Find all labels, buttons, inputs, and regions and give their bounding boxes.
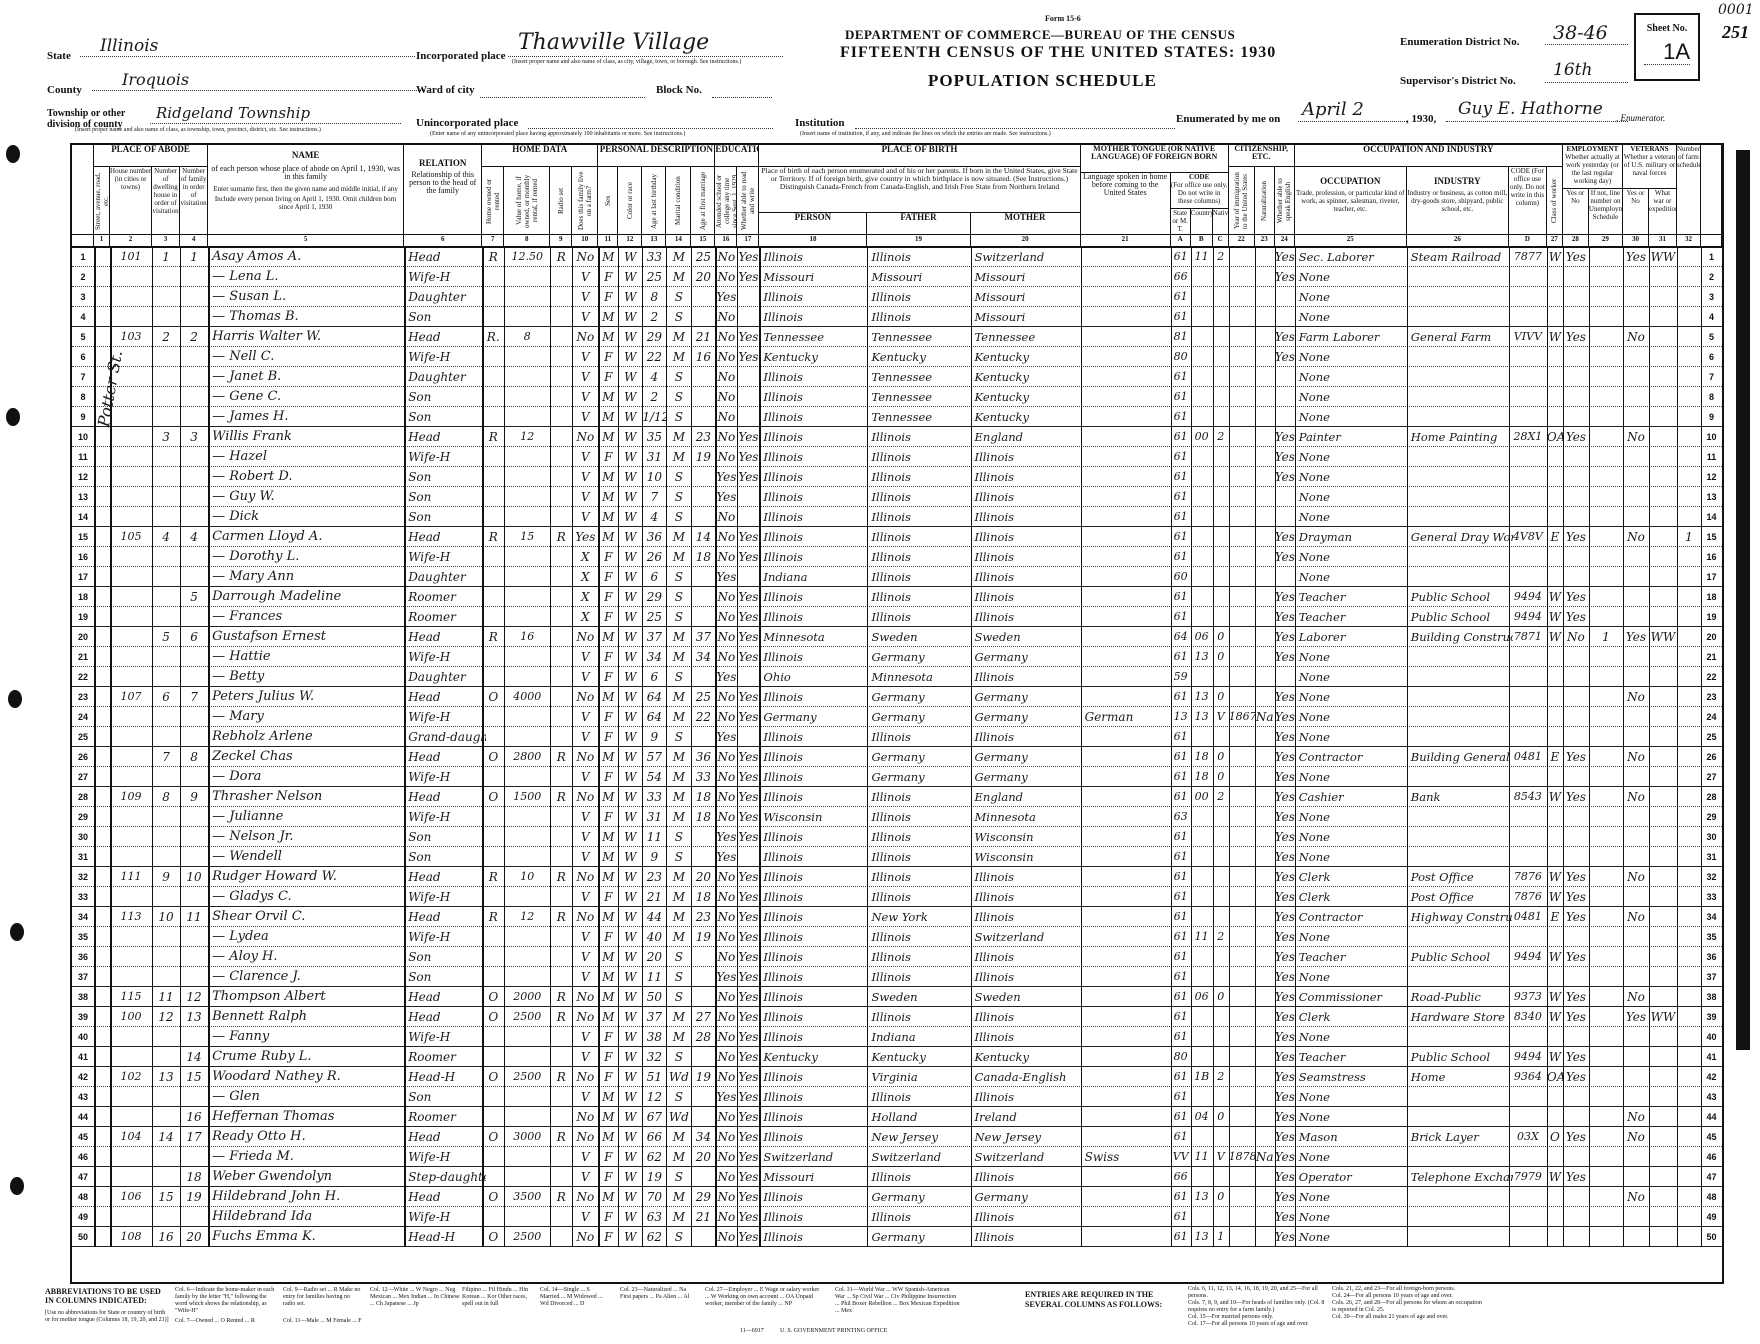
table-row: 1616— Dorothy L.Wife-HXFW26M18NoYesIllin… [72, 547, 1722, 567]
cell-father: Minnesota [867, 667, 974, 687]
cell-occupation: None [1295, 507, 1411, 527]
cell-family: 8 [180, 747, 208, 767]
cell-class: W [1547, 987, 1563, 1007]
cell-read: Yes [737, 707, 759, 727]
punch-hole [6, 145, 20, 163]
cell-father: Germany [867, 647, 974, 667]
cell-father: Holland [867, 1107, 974, 1127]
ward-label: Ward of city [416, 84, 475, 96]
cell-english: Yes [1275, 827, 1295, 847]
cell-english: Yes [1275, 347, 1295, 367]
cell-family: 4 [180, 527, 208, 547]
county-field[interactable]: Iroquois [92, 70, 425, 91]
cell-occupation: None [1295, 487, 1411, 507]
cell-father: Tennessee [867, 367, 974, 387]
township-field[interactable]: Ridgeland Township [150, 104, 401, 124]
incorporated-field[interactable]: Thawville Village [508, 30, 783, 57]
cell-age-marriage: 34 [691, 1127, 715, 1147]
table-row: 4646— Frieda M.Wife-HVFW62M20NoYesSwitze… [72, 1147, 1722, 1167]
ward-field[interactable] [480, 83, 645, 98]
cell-code-a: 61 [1171, 307, 1191, 327]
cell-age: 54 [642, 767, 666, 787]
cell-code-c: 0 [1213, 987, 1229, 1007]
cell-age: 25 [642, 607, 666, 627]
cell-mother: Illinois [971, 967, 1085, 987]
abbrev-col7: Col. 7—Owned ... O Rented ... R [175, 1318, 275, 1325]
cell-code-c: V [1213, 707, 1229, 727]
cell-marital: S [666, 1227, 691, 1247]
cell-code-a: 80 [1171, 347, 1191, 367]
cell-code-c: 0 [1213, 687, 1229, 707]
cell-work: Yes [1563, 527, 1589, 547]
cell-school: No [715, 547, 737, 567]
cell-birth: Illinois [759, 727, 871, 747]
cell-sex: F [598, 807, 618, 827]
stamp-top: 0001 [1718, 2, 1754, 18]
enumeration-date[interactable]: April 2 [1298, 99, 1407, 122]
cell-house: 107 [110, 687, 152, 707]
cell-birth: Illinois [759, 1207, 871, 1227]
cell-code-b: 11 [1191, 927, 1213, 947]
col-farm-schedule: Number of farm schedule [1677, 145, 1701, 235]
enumerator-name[interactable]: Guy E. Hathorne [1446, 99, 1628, 122]
cell-school: No [715, 527, 737, 547]
col-birth-mother: MOTHER [971, 213, 1081, 235]
cell-class: O [1547, 1127, 1563, 1147]
cell-english: Yes [1275, 1007, 1295, 1027]
cell-owned: R. [482, 327, 504, 347]
table-row: 202056Gustafson ErnestHeadR16NoMW37M37No… [72, 627, 1722, 647]
cell-ind-code: 9494 [1509, 1047, 1547, 1067]
col-industry: INDUSTRYIndustry or business, as cotton … [1407, 167, 1509, 235]
cell-birth: Missouri [759, 1167, 871, 1187]
line-number: 7 [72, 367, 94, 387]
cell-code-a: 61 [1171, 767, 1191, 787]
cell-code-a: 61 [1171, 1207, 1191, 1227]
table-row: 44— Thomas B.SonVMW2SNoIllinoisIllinoisM… [72, 307, 1722, 327]
column-rule [1081, 247, 1083, 1247]
line-number: 19 [1701, 607, 1722, 627]
line-number: 32 [72, 867, 94, 887]
cell-marital: S [666, 967, 691, 987]
cell-relation: Daughter [404, 567, 486, 587]
cell-code-b: 11 [1191, 1147, 1213, 1167]
cell-father: Tennessee [867, 387, 974, 407]
table-row: 1212— Robert D.SonVMW10SYesYesIllinoisIl… [72, 467, 1722, 487]
cell-age-marriage: 33 [691, 767, 715, 787]
cell-mother: Missouri [971, 287, 1085, 307]
cell-birth: Illinois [759, 907, 871, 927]
cell-class: W [1547, 947, 1563, 967]
table-row: 22— Lena L.Wife-HVFW25M20NoYesMissouriMi… [72, 267, 1722, 287]
cell-english: Yes [1275, 247, 1295, 267]
table-row: 2525Rebholz ArleneGrand-daughterVFW9SYes… [72, 727, 1722, 747]
cell-owned: O [482, 1187, 504, 1207]
cell-sex: M [598, 1087, 618, 1107]
cell-natur: Na [1255, 1147, 1275, 1167]
state-label: State [47, 50, 71, 62]
cell-name: Hildebrand John H. [208, 1187, 408, 1207]
line-number: 24 [72, 707, 94, 727]
line-number: 44 [72, 1107, 94, 1127]
line-number: 36 [1701, 947, 1722, 967]
cell-father: Illinois [867, 1167, 974, 1187]
col-radio: Radio set [550, 167, 572, 235]
cell-relation: Wife-H [404, 927, 486, 947]
cell-age: 7 [642, 487, 666, 507]
line-number: 32 [1701, 867, 1722, 887]
cell-name: — Dorothy L. [208, 547, 408, 567]
cell-relation: Head [404, 627, 486, 647]
cell-english: Yes [1275, 867, 1295, 887]
entries-8: Col. 30—For all males 21 years of age an… [1332, 1314, 1482, 1321]
cell-marital: M [666, 247, 691, 267]
cell-code-c: 2 [1213, 247, 1229, 267]
cell-birth: Illinois [759, 307, 871, 327]
line-number: 35 [72, 927, 94, 947]
cell-race: W [618, 247, 642, 267]
cell-vet: No [1623, 327, 1649, 347]
cell-sex: F [598, 367, 618, 387]
line-number: 15 [72, 527, 94, 547]
cell-mother: Switzerland [971, 927, 1085, 947]
cell-house: 115 [110, 987, 152, 1007]
cell-age-marriage: 25 [691, 687, 715, 707]
cell-race: W [618, 747, 642, 767]
cell-english: Yes [1275, 747, 1295, 767]
cell-sex: F [598, 767, 618, 787]
group-citizenship: CITIZENSHIP, ETC. [1229, 145, 1295, 167]
cell-code-b: 04 [1191, 1107, 1213, 1127]
cell-english: Yes [1275, 967, 1295, 987]
cell-name: Zeckel Chas [208, 747, 408, 767]
cell-father: Tennessee [867, 407, 974, 427]
col-line-number [72, 145, 94, 235]
cell-code-c: 0 [1213, 747, 1229, 767]
cell-father: Illinois [867, 1007, 974, 1027]
cell-birth: Illinois [759, 927, 871, 947]
cell-birth: Illinois [759, 647, 871, 667]
cell-mother: Ireland [971, 1107, 1085, 1127]
cell-value: 2500 [504, 1007, 550, 1027]
cell-ind-code: 9373 [1509, 987, 1547, 1007]
cell-owned: O [482, 787, 504, 807]
cell-name: — Frances [208, 607, 408, 627]
cell-ind-code: 9364 [1509, 1067, 1547, 1087]
line-number: 20 [1701, 627, 1722, 647]
cell-school: No [715, 1047, 737, 1067]
cell-work: Yes [1563, 787, 1589, 807]
cell-read: Yes [737, 927, 759, 947]
cell-school: No [715, 327, 737, 347]
state-field[interactable]: Illinois [80, 36, 415, 57]
column-rule [1649, 247, 1650, 1247]
cell-farm: V [572, 267, 598, 287]
cell-relation: Wife-H [404, 1147, 486, 1167]
cell-mother: Germany [971, 707, 1085, 727]
cell-occupation: Teacher [1295, 607, 1411, 627]
cell-age: 36 [642, 527, 666, 547]
cell-marital: M [666, 907, 691, 927]
column-rule [867, 247, 868, 1247]
cell-mother: Kentucky [971, 407, 1085, 427]
cell-occupation: Contractor [1295, 747, 1411, 767]
cell-code-b: 00 [1191, 427, 1213, 447]
cell-sex: M [598, 527, 618, 547]
cell-code-a: 61 [1171, 1127, 1191, 1147]
cell-house: 103 [110, 327, 152, 347]
line-number: 38 [72, 987, 94, 1007]
line-number: 2 [72, 267, 94, 287]
cell-father: Illinois [867, 1087, 974, 1107]
cell-occupation: Painter [1295, 427, 1411, 447]
cell-industry: Steam Railroad [1407, 247, 1513, 267]
cell-dwelling: 13 [152, 1067, 180, 1087]
line-number: 22 [1701, 667, 1722, 687]
cell-farm: V [572, 967, 598, 987]
cell-relation: Head [404, 1127, 486, 1147]
cell-name: — Janet B. [208, 367, 408, 387]
group-occupation-industry: OCCUPATION AND INDUSTRY [1295, 145, 1563, 167]
cell-ind-code: 7876 [1509, 867, 1547, 887]
cell-race: W [618, 1207, 642, 1227]
cell-code-c: 0 [1213, 1107, 1229, 1127]
cell-age: 25 [642, 267, 666, 287]
cell-read: Yes [737, 627, 759, 647]
printer-mark: U. S. GOVERNMENT PRINTING OFFICE [780, 1328, 887, 1335]
cell-age-marriage: 20 [691, 1147, 715, 1167]
cell-english: Yes [1275, 587, 1295, 607]
cell-sex: M [598, 467, 618, 487]
line-number: 42 [72, 1067, 94, 1087]
line-number: 40 [72, 1027, 94, 1047]
group-veterans: VETERANSWhether a veteran of U.S. milita… [1623, 145, 1677, 189]
cell-race: W [618, 307, 642, 327]
cell-sex: M [598, 947, 618, 967]
cell-mother: Germany [971, 1187, 1085, 1207]
table-row: 45451041417Ready Otto H.HeadO3000RNoMW66… [72, 1127, 1722, 1147]
cell-radio: R [550, 247, 572, 267]
cell-value: 3500 [504, 1187, 550, 1207]
cell-owned: O [482, 987, 504, 1007]
cell-code-a: 63 [1171, 807, 1191, 827]
cell-school: Yes [715, 827, 737, 847]
cell-name: — Glen [208, 1087, 408, 1107]
column-rule [1407, 247, 1408, 1247]
line-number: 17 [1701, 567, 1722, 587]
cell-name: Woodard Nathey R. [208, 1067, 408, 1087]
cell-marital: M [666, 1187, 691, 1207]
cell-mother: Canada-English [971, 1067, 1085, 1087]
cell-read: Yes [737, 1047, 759, 1067]
line-number: 5 [72, 327, 94, 347]
table-row: 2727— DoraWife-HVFW54M33NoYesIllinoisGer… [72, 767, 1722, 787]
cell-marital: M [666, 1207, 691, 1227]
sd-field[interactable]: 16th [1545, 60, 1628, 83]
cell-name: — Nelson Jr. [208, 827, 408, 847]
line-number: 45 [72, 1127, 94, 1147]
cell-marital: S [666, 287, 691, 307]
cell-read: Yes [737, 987, 759, 1007]
cell-relation: Son [404, 407, 486, 427]
cell-ind-code: 9494 [1509, 607, 1547, 627]
line-number: 50 [72, 1227, 94, 1247]
cell-father: Illinois [867, 307, 974, 327]
cell-ind-code: 8340 [1509, 1007, 1547, 1027]
table-row: 2929— JulianneWife-HVFW31M18NoYesWiscons… [72, 807, 1722, 827]
cell-english: Yes [1275, 427, 1295, 447]
cell-occupation: None [1295, 387, 1411, 407]
enumerated-label: Enumerated by me on [1176, 113, 1280, 125]
institution-field[interactable] [855, 116, 1175, 129]
table-row: 3737— Clarence J.SonVMW11SYesYesIllinois… [72, 967, 1722, 987]
unincorporated-label: Unincorporated place [416, 117, 518, 129]
cell-age: 29 [642, 327, 666, 347]
line-number: 13 [1701, 487, 1722, 507]
cell-relation: Daughter [404, 287, 486, 307]
group-mother-tongue: MOTHER TONGUE (OR NATIVE LANGUAGE) OF FO… [1081, 145, 1229, 173]
cell-english: Yes [1275, 1047, 1295, 1067]
cell-mother: Switzerland [971, 1147, 1085, 1167]
cell-school: No [715, 947, 737, 967]
cell-farm: V [572, 447, 598, 467]
cell-birth: Illinois [759, 967, 871, 987]
cell-birth: Kentucky [759, 347, 871, 367]
cell-marital: S [666, 947, 691, 967]
cell-dwelling: 14 [152, 1127, 180, 1147]
cell-read: Yes [737, 747, 759, 767]
cell-radio: R [550, 1007, 572, 1027]
sheet-number[interactable]: 1A [1644, 40, 1690, 65]
cell-class: W [1547, 867, 1563, 887]
cell-sex: F [598, 567, 618, 587]
cell-school: No [715, 1107, 737, 1127]
cell-race: W [618, 827, 642, 847]
cell-read: Yes [737, 247, 759, 267]
cell-age-marriage: 23 [691, 907, 715, 927]
cell-sex: F [598, 727, 618, 747]
col-value: Value of home, if owned, or monthly rent… [504, 167, 550, 235]
cell-work: Yes [1563, 1007, 1589, 1027]
incorporated-note: (Insert proper name and also name of cla… [512, 59, 741, 65]
cell-code-a: 61 [1171, 827, 1191, 847]
cell-father: Sweden [867, 627, 974, 647]
cell-family: 13 [180, 1007, 208, 1027]
cell-work: Yes [1563, 1127, 1589, 1147]
block-field[interactable] [712, 83, 772, 98]
line-number: 47 [1701, 1167, 1722, 1187]
cell-age-marriage: 22 [691, 707, 715, 727]
cell-dwelling: 9 [152, 867, 180, 887]
cell-school: No [715, 707, 737, 727]
cell-mother: Illinois [971, 1207, 1085, 1227]
cell-name: — Guy W. [208, 487, 408, 507]
cell-father: Illinois [867, 567, 974, 587]
cell-mother: Illinois [971, 867, 1085, 887]
line-number: 7 [1701, 367, 1722, 387]
cell-mother: Illinois [971, 507, 1085, 527]
cell-name: — Clarence J. [208, 967, 408, 987]
column-rule [971, 247, 972, 1247]
cell-code-a: 81 [1171, 327, 1191, 347]
township-note: (Insert proper name and also name of cla… [75, 127, 321, 133]
table-row: 262678Zeckel ChasHeadO2800RNoMW57M36NoYe… [72, 747, 1722, 767]
cell-owned: O [482, 1127, 504, 1147]
ed-field[interactable]: 38-46 [1545, 22, 1628, 45]
column-rule [598, 247, 600, 1247]
cell-school: No [715, 907, 737, 927]
cell-name: Darrough Madeline [208, 587, 408, 607]
schedule-title: POPULATION SCHEDULE [928, 71, 1157, 91]
table-row: 3131— WendellSonVMW9SYesIllinoisIllinois… [72, 847, 1722, 867]
line-number: 29 [72, 807, 94, 827]
cell-school: No [715, 747, 737, 767]
cell-name: — Aloy H. [208, 947, 408, 967]
cell-farm: V [572, 1087, 598, 1107]
cell-sex: F [598, 267, 618, 287]
cell-race: W [618, 427, 642, 447]
column-rule [642, 247, 643, 1247]
cell-birth: Illinois [759, 1067, 871, 1087]
cell-industry: Hardware Store [1407, 1007, 1513, 1027]
cell-father: Illinois [867, 527, 974, 547]
cell-class: E [1547, 907, 1563, 927]
cell-marital: S [666, 507, 691, 527]
cell-relation: Son [404, 967, 486, 987]
cell-age: 31 [642, 447, 666, 467]
unincorporated-field[interactable] [528, 116, 773, 129]
cell-father: Germany [867, 747, 974, 767]
table-row: 50501081620Fuchs Emma K.Head-HO2500NoFW6… [72, 1227, 1722, 1247]
cell-school: No [715, 887, 737, 907]
cell-sex: M [598, 507, 618, 527]
cell-race: W [618, 1087, 642, 1107]
cell-code-a: 61 [1171, 987, 1191, 1007]
cell-code-c: 2 [1213, 787, 1229, 807]
col-marital: Marital condition [666, 167, 691, 235]
col-street: Street, avenue, road, etc. [94, 167, 110, 235]
cell-sex: M [598, 1107, 618, 1127]
cell-father: Germany [867, 707, 974, 727]
cell-birth: Missouri [759, 267, 871, 287]
cell-race: W [618, 287, 642, 307]
cell-sex: F [598, 1227, 618, 1247]
col-code-b: Country [1191, 209, 1213, 235]
cell-english: Yes [1275, 1207, 1295, 1227]
line-number: 47 [72, 1167, 94, 1187]
cell-mother: Switzerland [971, 247, 1085, 267]
cell-read: Yes [737, 1227, 759, 1247]
cell-farm: X [572, 607, 598, 627]
cell-father: Illinois [867, 867, 974, 887]
cell-relation: Head [404, 527, 486, 547]
cell-age: 40 [642, 927, 666, 947]
cell-name: Heffernan Thomas [208, 1107, 408, 1127]
cell-class: W [1547, 327, 1563, 347]
column-rule [550, 247, 551, 1247]
cell-code-a: 61 [1171, 387, 1191, 407]
cell-birth: Illinois [759, 427, 871, 447]
cell-age-marriage: 16 [691, 347, 715, 367]
cell-father: Illinois [867, 607, 974, 627]
cell-father: Illinois [867, 507, 974, 527]
cell-father: Germany [867, 767, 974, 787]
table-row: 444416Heffernan ThomasRoomerNoMW67WdNoYe… [72, 1107, 1722, 1127]
cell-family: 6 [180, 627, 208, 647]
abbrev-col6: Col. 6—Indicate the home-maker in each f… [175, 1287, 275, 1315]
cell-father: Illinois [867, 427, 974, 447]
cell-race: W [618, 327, 642, 347]
